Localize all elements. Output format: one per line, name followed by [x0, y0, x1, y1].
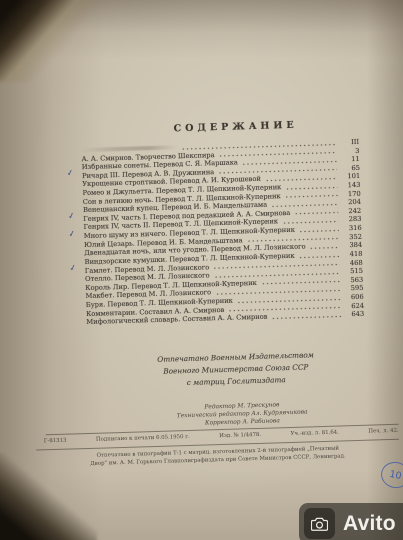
publisher-block: Отпечатано Военным Издательством Военног…: [63, 346, 403, 392]
dot-leader: [300, 229, 339, 232]
avito-label: Avito: [343, 512, 396, 536]
dot-leader: [311, 246, 340, 249]
imprint-print-sheets: Печ. л. 42.: [368, 427, 399, 436]
pen-checkmark: ✓: [69, 264, 78, 274]
page-content: СОДЕРЖАНИЕ IIIА. А. Смирнов. Творчество …: [0, 0, 403, 540]
dot-leader: [273, 315, 342, 319]
imprint-code: Г-81313: [44, 437, 67, 446]
print-note: Отпечатано в типографии Т-1 с матриц, из…: [36, 443, 399, 470]
avito-watermark: Avito: [299, 503, 403, 540]
toc-entry-page: 643: [344, 310, 364, 319]
staff-block: Редактор М. Трескунов Технический редакт…: [65, 397, 403, 432]
dot-leader: [300, 255, 340, 258]
dot-leader: [295, 212, 338, 215]
dot-leader: [286, 195, 338, 199]
pen-checkmark: ✓: [68, 229, 77, 239]
book-page-photo: СОДЕРЖАНИЕ IIIА. А. Смирнов. Творчество …: [0, 0, 403, 540]
imprint-date: Подписано к печати 6.05.1950 г.: [96, 433, 190, 444]
pen-checkmark: ✓: [66, 169, 75, 179]
imprint-edition: Изд. № 1/4478.: [219, 431, 261, 440]
imprint-sheets: Уч.-изд. л. 81,64.: [291, 429, 339, 438]
toc-list: IIIА. А. Смирнов. Творчество Шекспира3Из…: [81, 138, 364, 327]
dot-leader: [286, 186, 337, 190]
camera-icon: [304, 508, 335, 539]
pen-checkmark: ✓: [67, 212, 76, 222]
page-title: СОДЕРЖАНИЕ: [87, 117, 371, 136]
dot-leader: [283, 221, 338, 225]
